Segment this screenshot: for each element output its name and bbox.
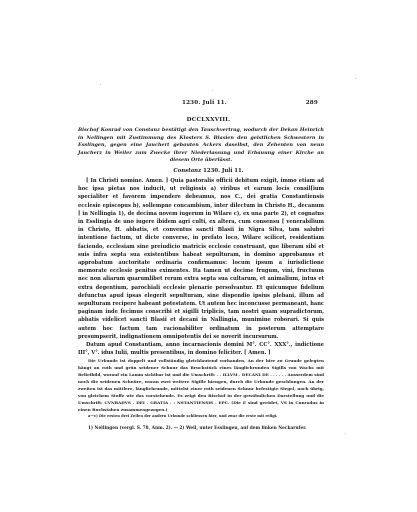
scan-speck <box>345 433 346 434</box>
scan-speck <box>355 78 356 79</box>
document-summary: Bischof Konrad von Constanz bestätigt de… <box>78 127 324 165</box>
footnotes: 1) Nellingen (vergl. S. 78, Anm. 2). — 2… <box>88 426 324 432</box>
charter-body: [ In Christi nomine. Amen. ] Quia pastor… <box>78 177 324 357</box>
editorial-notes: Die Urkunde ist doppelt und vollständig … <box>78 357 324 413</box>
dateline: Constanz 1230. Juli 11. <box>0 168 417 174</box>
document-page: 1230. Juli 11. 289 DCCLXXVIII. Bischof K… <box>0 0 417 512</box>
page-number: 289 <box>306 100 318 106</box>
running-head: 1230. Juli 11. 289 <box>82 100 318 108</box>
scan-speck <box>212 90 213 91</box>
dateline-date: 1230. Juli 11. <box>203 168 244 174</box>
running-head-date: 1230. Juli 11. <box>182 100 227 106</box>
dateline-place: Constanz <box>173 168 201 174</box>
variant-note: a—c) Die ersten drei Zeilen der andern U… <box>88 413 324 419</box>
charter-text: [ In Christi nomine. Amen. ] Quia pastor… <box>78 177 324 341</box>
charter-closing: Datum apud Constantiam, anno incarnacion… <box>78 341 324 357</box>
document-number: DCCLXXVIII. <box>0 117 417 123</box>
scan-speck <box>100 84 101 85</box>
